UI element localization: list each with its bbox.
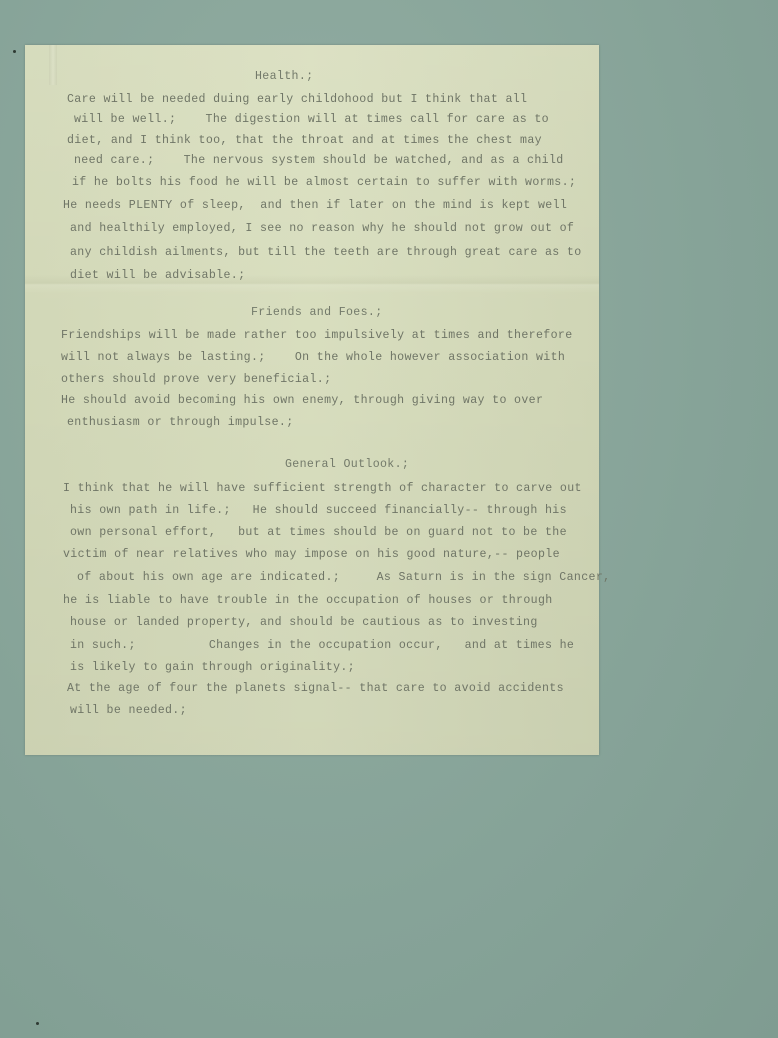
text-line: is likely to gain through originality.; (70, 661, 355, 674)
text-line: of about his own age are indicated.; As … (77, 571, 610, 584)
text-line: and healthily employed, I see no reason … (70, 222, 574, 235)
text-line: if he bolts his food he will be almost c… (72, 176, 576, 189)
text-line: diet, and I think too, that the throat a… (67, 134, 542, 147)
text-line: he is liable to have trouble in the occu… (63, 594, 553, 607)
text-line: own personal effort, but at times should… (70, 526, 567, 539)
text-line: He should avoid becoming his own enemy, … (61, 394, 543, 407)
text-line: I think that he will have sufficient str… (63, 482, 582, 495)
dust-speck (13, 50, 16, 53)
paper-crease (49, 45, 57, 85)
text-line: He needs PLENTY of sleep, and then if la… (63, 199, 567, 212)
text-line: victim of near relatives who may impose … (63, 548, 560, 561)
section-heading-general-outlook: General Outlook.; (285, 458, 409, 471)
section-heading-health: Health.; (255, 70, 313, 83)
text-line: will not always be lasting.; On the whol… (61, 351, 565, 364)
text-line: Care will be needed duing early childoho… (67, 93, 527, 106)
text-line: will be well.; The digestion will at tim… (74, 113, 549, 126)
text-line: any childish ailments, but till the teet… (70, 246, 582, 259)
text-line: At the age of four the planets signal-- … (67, 682, 564, 695)
text-line: diet will be advisable.; (70, 269, 245, 282)
text-line: his own path in life.; He should succeed… (70, 504, 567, 517)
text-line: others should prove very beneficial.; (61, 373, 331, 386)
text-line: need care.; The nervous system should be… (74, 154, 564, 167)
dust-speck (36, 1022, 39, 1025)
text-line: in such.; Changes in the occupation occu… (70, 639, 574, 652)
text-line: enthusiasm or through impulse.; (67, 416, 294, 429)
text-line: house or landed property, and should be … (70, 616, 538, 629)
typewritten-page: Health.; Care will be needed duing early… (25, 45, 599, 755)
text-line: will be needed.; (70, 704, 187, 717)
section-heading-friends-and-foes: Friends and Foes.; (251, 306, 383, 319)
text-line: Friendships will be made rather too impu… (61, 329, 573, 342)
